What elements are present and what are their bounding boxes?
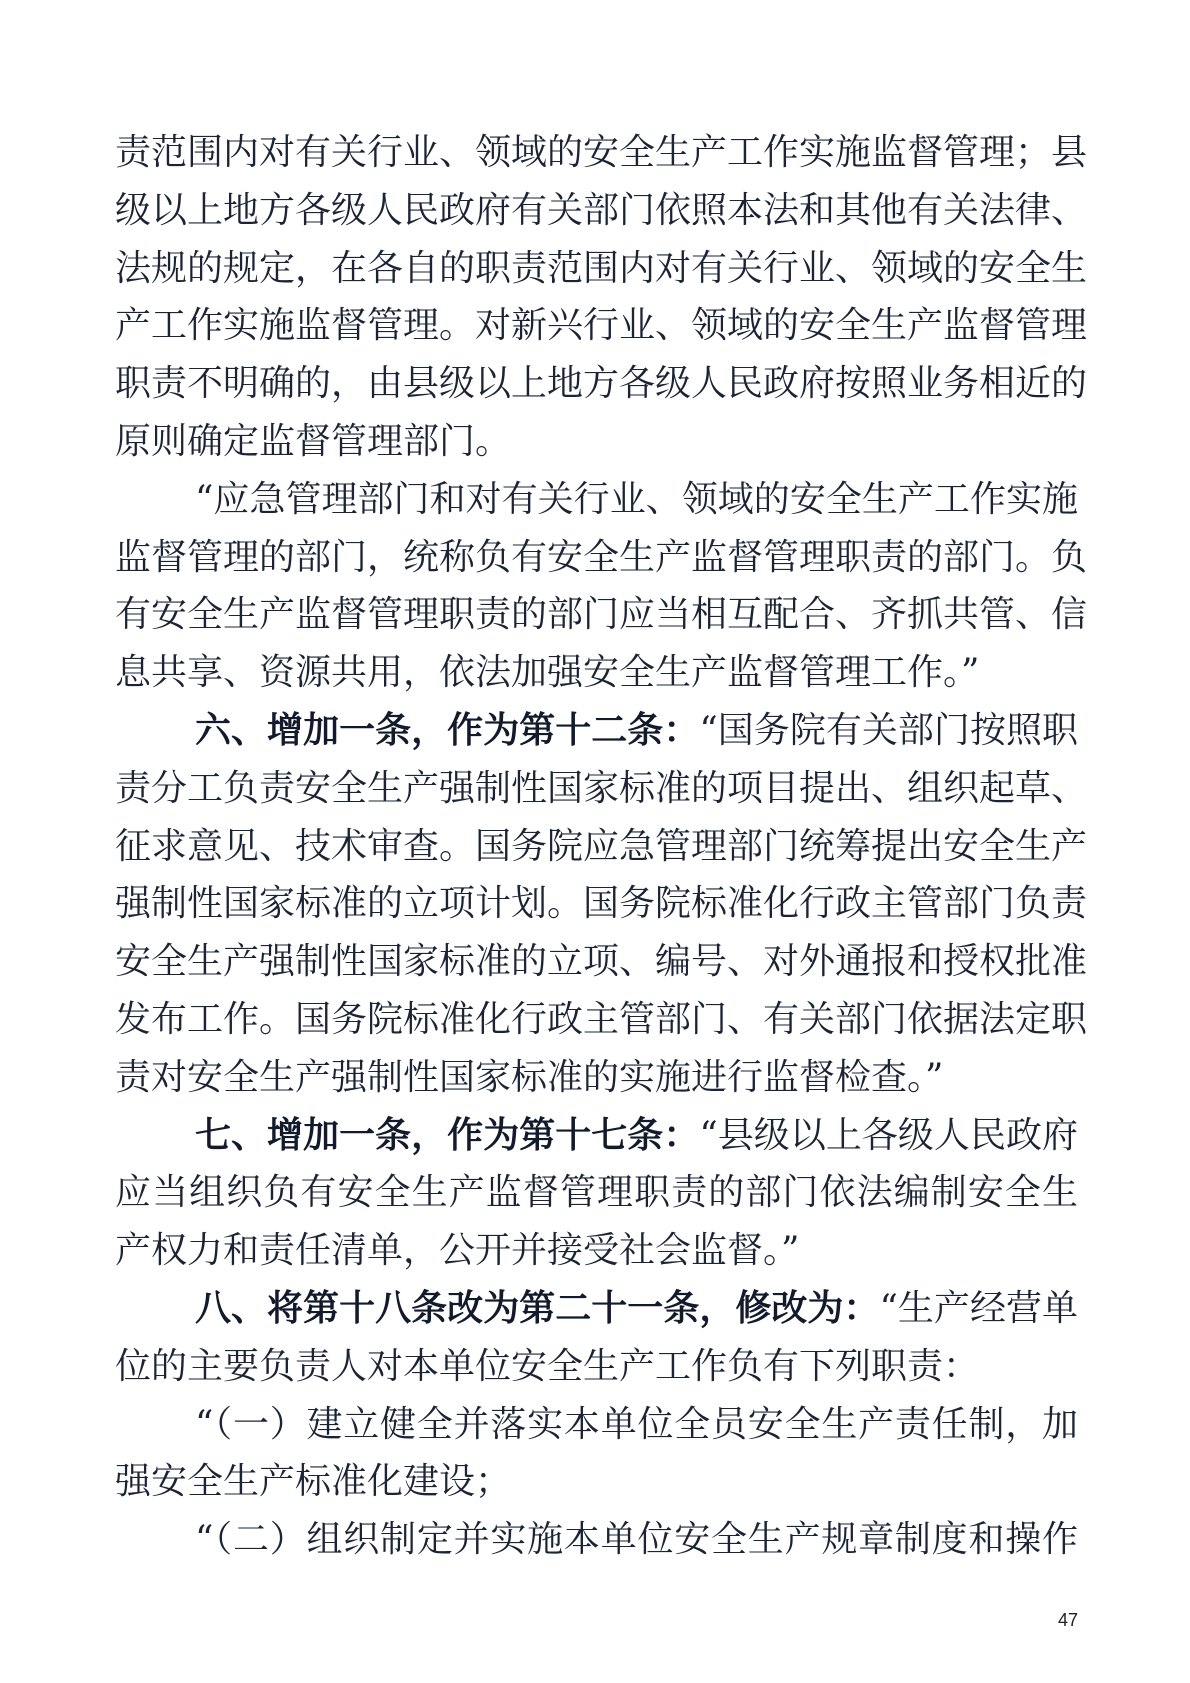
text-line-21: 八、将第十八条改为第二十一条，修改为：“生产经营单 [115,1280,1078,1338]
article-text-7: “县级以上各级人民政府 [699,1115,1078,1156]
document-page: 责范围内对有关行业、领域的安全生产工作实施监督管理；县 级以上地方各级人民政府有… [0,0,1190,1683]
text-line-17: 责对安全生产强制性国家标准的实施进行监督检查。” [115,1049,1078,1107]
text-line-8: 监督管理的部门，统称负有安全生产监督管理职责的部门。负 [115,529,1078,587]
text-line-10: 息共享、资源共用，依法加强安全生产监督管理工作。” [115,644,1078,702]
article-text-6: “国务院有关部门按照职 [699,710,1078,751]
text-line-2: 级以上地方各级人民政府有关部门依照本法和其他有关法律、 [115,182,1078,240]
text-line-19: 应当组织负有安全生产监督管理职责的部门依法编制安全生 [115,1164,1078,1222]
text-line-23: “（一）建立健全并落实本单位全员安全生产责任制，加 [115,1396,1078,1454]
text-line-1: 责范围内对有关行业、领域的安全生产工作实施监督管理；县 [115,124,1078,182]
text-line-6: 原则确定监督管理部门。 [115,413,1078,471]
text-line-5: 职责不明确的，由县级以上地方各级人民政府按照业务相近的 [115,355,1078,413]
text-line-7: “应急管理部门和对有关行业、领域的安全生产工作实施 [115,471,1078,529]
text-line-4: 产工作实施监督管理。对新兴行业、领域的安全生产监督管理 [115,297,1078,355]
text-line-15: 安全生产强制性国家标准的立项、编号、对外通报和授权批准 [115,933,1078,991]
text-line-14: 强制性国家标准的立项计划。国务院标准化行政主管部门负责 [115,875,1078,933]
text-line-13: 征求意见、技术审查。国务院应急管理部门统筹提出安全生产 [115,818,1078,876]
text-line-22: 位的主要负责人对本单位安全生产工作负有下列职责： [115,1338,1078,1396]
article-heading-6: 六、增加一条，作为第十二条： [195,710,699,751]
text-line-25: “（二）组织制定并实施本单位安全生产规章制度和操作 [115,1511,1078,1569]
text-line-16: 发布工作。国务院标准化行政主管部门、有关部门依据法定职 [115,991,1078,1049]
text-line-3: 法规的规定，在各自的职责范围内对有关行业、领域的安全生 [115,240,1078,298]
article-text-8: “生产经营单 [879,1288,1078,1329]
article-heading-8: 八、将第十八条改为第二十一条，修改为： [195,1288,879,1329]
text-line-24: 强安全生产标准化建设； [115,1453,1078,1511]
text-line-18: 七、增加一条，作为第十七条：“县级以上各级人民政府 [115,1107,1078,1165]
page-number: 47 [1058,1610,1078,1631]
text-line-9: 有安全生产监督管理职责的部门应当相互配合、齐抓共管、信 [115,586,1078,644]
text-line-12: 责分工负责安全生产强制性国家标准的项目提出、组织起草、 [115,760,1078,818]
article-heading-7: 七、增加一条，作为第十七条： [195,1115,699,1156]
text-line-20: 产权力和责任清单，公开并接受社会监督。” [115,1222,1078,1280]
document-body: 责范围内对有关行业、领域的安全生产工作实施监督管理；县 级以上地方各级人民政府有… [115,124,1078,1569]
text-line-11: 六、增加一条，作为第十二条：“国务院有关部门按照职 [115,702,1078,760]
